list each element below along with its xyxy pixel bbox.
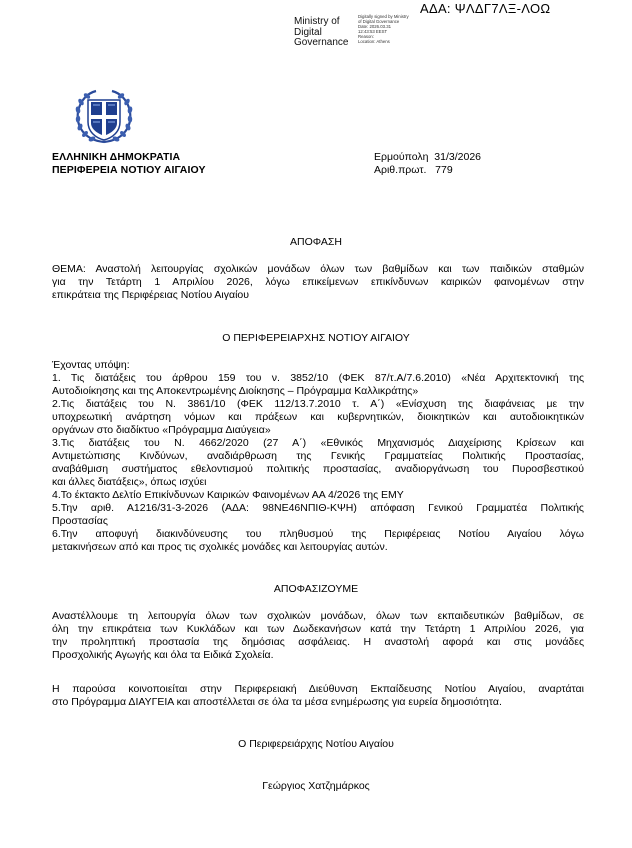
notification-paragraph: Η παρούσα κοινοποιείται στην Περιφερειακ… — [52, 683, 584, 709]
consideration-line: 4.Το έκτακτο Δελτίο Επικίνδυνων Καιρικών… — [52, 489, 584, 502]
decision-line: την προληπτική προστασία της δημόσιας ασ… — [52, 636, 584, 649]
decision-paragraph: Αναστέλλουμε τη λειτουργία όλων των σχολ… — [52, 610, 584, 662]
subject-line: επικράτεια της Περιφέρειας Νοτίου Αιγαίο… — [52, 289, 584, 302]
consideration-line: 5.Την αριθ. Α1216/31-3-2026 (ΑΔΑ: 98ΝΕ46… — [52, 502, 584, 515]
place-label: Ερμούπολη — [374, 151, 428, 163]
signature-org-line: Ministry of — [294, 17, 348, 28]
consideration-line: μετακινήσεων από και προς τις σχολικές μ… — [52, 541, 584, 554]
decision-line: Αναστέλλουμε τη λειτουργία όλων των σχολ… — [52, 610, 584, 623]
signature-organization: Ministry of Digital Governance — [294, 17, 348, 49]
place-date-row: Ερμούπολη 31/3/2026 — [374, 151, 481, 164]
decision-line: όλη την επικράτεια των Κυκλάδων και των … — [52, 623, 584, 636]
consideration-line: 3.Τις διατάξεις του Ν. 4662/2020 (27 Α΄)… — [52, 437, 584, 450]
considerations-block: Έχοντας υπόψη: 1. Τις διατάξεις του άρθρ… — [52, 359, 584, 554]
issuer-block: ΕΛΛΗΝΙΚΗ ΔΗΜΟΚΡΑΤΙΑ ΠΕΡΙΦΕΡΕΙΑ ΝΟΤΙΟΥ ΑΙ… — [52, 151, 206, 177]
considering-intro: Έχοντας υπόψη: — [52, 359, 584, 372]
consideration-line: 6.Την αποφυγή διακινδύνευσης του πληθυσμ… — [52, 528, 584, 541]
decision-heading: ΑΠΟΦΑΣΙΖΟΥΜΕ — [0, 583, 632, 595]
consideration-line: υποχρεωτική ανάρτηση νόμων και πράξεων κ… — [52, 411, 584, 424]
subject-paragraph: ΘΕΜΑ: Αναστολή λειτουργίας σχολικών μονά… — [52, 263, 584, 302]
issuer-region: ΠΕΡΙΦΕΡΕΙΑ ΝΟΤΙΟΥ ΑΙΓΑΙΟΥ — [52, 164, 206, 177]
protocol-row: Αριθ.πρωτ. 779 — [374, 164, 481, 177]
notification-line: στο Πρόγραμμα ΔΙΑΥΓΕΙΑ και αποστέλλεται … — [52, 696, 584, 709]
authority-heading: Ο ΠΕΡΙΦΕΡΕΙΑΡΧΗΣ ΝΟΤΙΟΥ ΑΙΓΑΙΟΥ — [0, 332, 632, 344]
decision-line: Προσχολικής Αγωγής και όλα τα Ειδικά Σχο… — [52, 649, 584, 662]
consideration-line: Αυτοδιοίκησης και της Αποκεντρωμένης Διο… — [52, 385, 584, 398]
document-date: 31/3/2026 — [434, 151, 481, 163]
notification-line: Η παρούσα κοινοποιείται στην Περιφερειακ… — [52, 683, 584, 696]
consideration-line: Προστασίας — [52, 515, 584, 528]
signer-title: Ο Περιφερειάρχης Νοτίου Αιγαίου — [0, 738, 632, 750]
issuer-country: ΕΛΛΗΝΙΚΗ ΔΗΜΟΚΡΑΤΙΑ — [52, 151, 206, 164]
place-date-block: Ερμούπολη 31/3/2026 Αριθ.πρωτ. 779 — [374, 151, 481, 177]
consideration-line: Αντιμετώπισης Κινδύνων, αναδιάρθρωση της… — [52, 450, 584, 463]
consideration-line: 2.Τις διατάξεις του Ν. 3861/10 (ΦΕΚ 112/… — [52, 398, 584, 411]
protocol-number: 779 — [435, 164, 453, 176]
consideration-line: αναβάθμιση συστήματος εθελοντισμού πολιτ… — [52, 463, 584, 476]
document-title: ΑΠΟΦΑΣΗ — [0, 236, 632, 248]
consideration-line: 1. Τις διατάξεις του άρθρου 159 του ν. 3… — [52, 372, 584, 385]
signature-org-line: Governance — [294, 38, 348, 49]
signature-detail-line: Location: Athens — [358, 39, 409, 44]
signature-details: Digitally signed by Ministry of Digital … — [358, 14, 409, 44]
ada-code: ΑΔΑ: ΨΛΔΓ7ΛΞ-ΛΟΩ — [420, 1, 550, 16]
greek-coat-of-arms-icon — [74, 88, 134, 146]
signer-name: Γεώργιος Χατζημάρκος — [0, 780, 632, 792]
consideration-line: και άλλες διατάξεις», όπως ισχύει — [52, 476, 584, 489]
consideration-line: οργάνων στο διαδίκτυο «Πρόγραμμα Διαύγει… — [52, 424, 584, 437]
subject-line: για την Τετάρτη 1 Απριλίου 2026, λόγω επ… — [52, 276, 584, 289]
protocol-label: Αριθ.πρωτ. — [374, 164, 426, 176]
subject-line: ΘΕΜΑ: Αναστολή λειτουργίας σχολικών μονά… — [52, 263, 584, 276]
